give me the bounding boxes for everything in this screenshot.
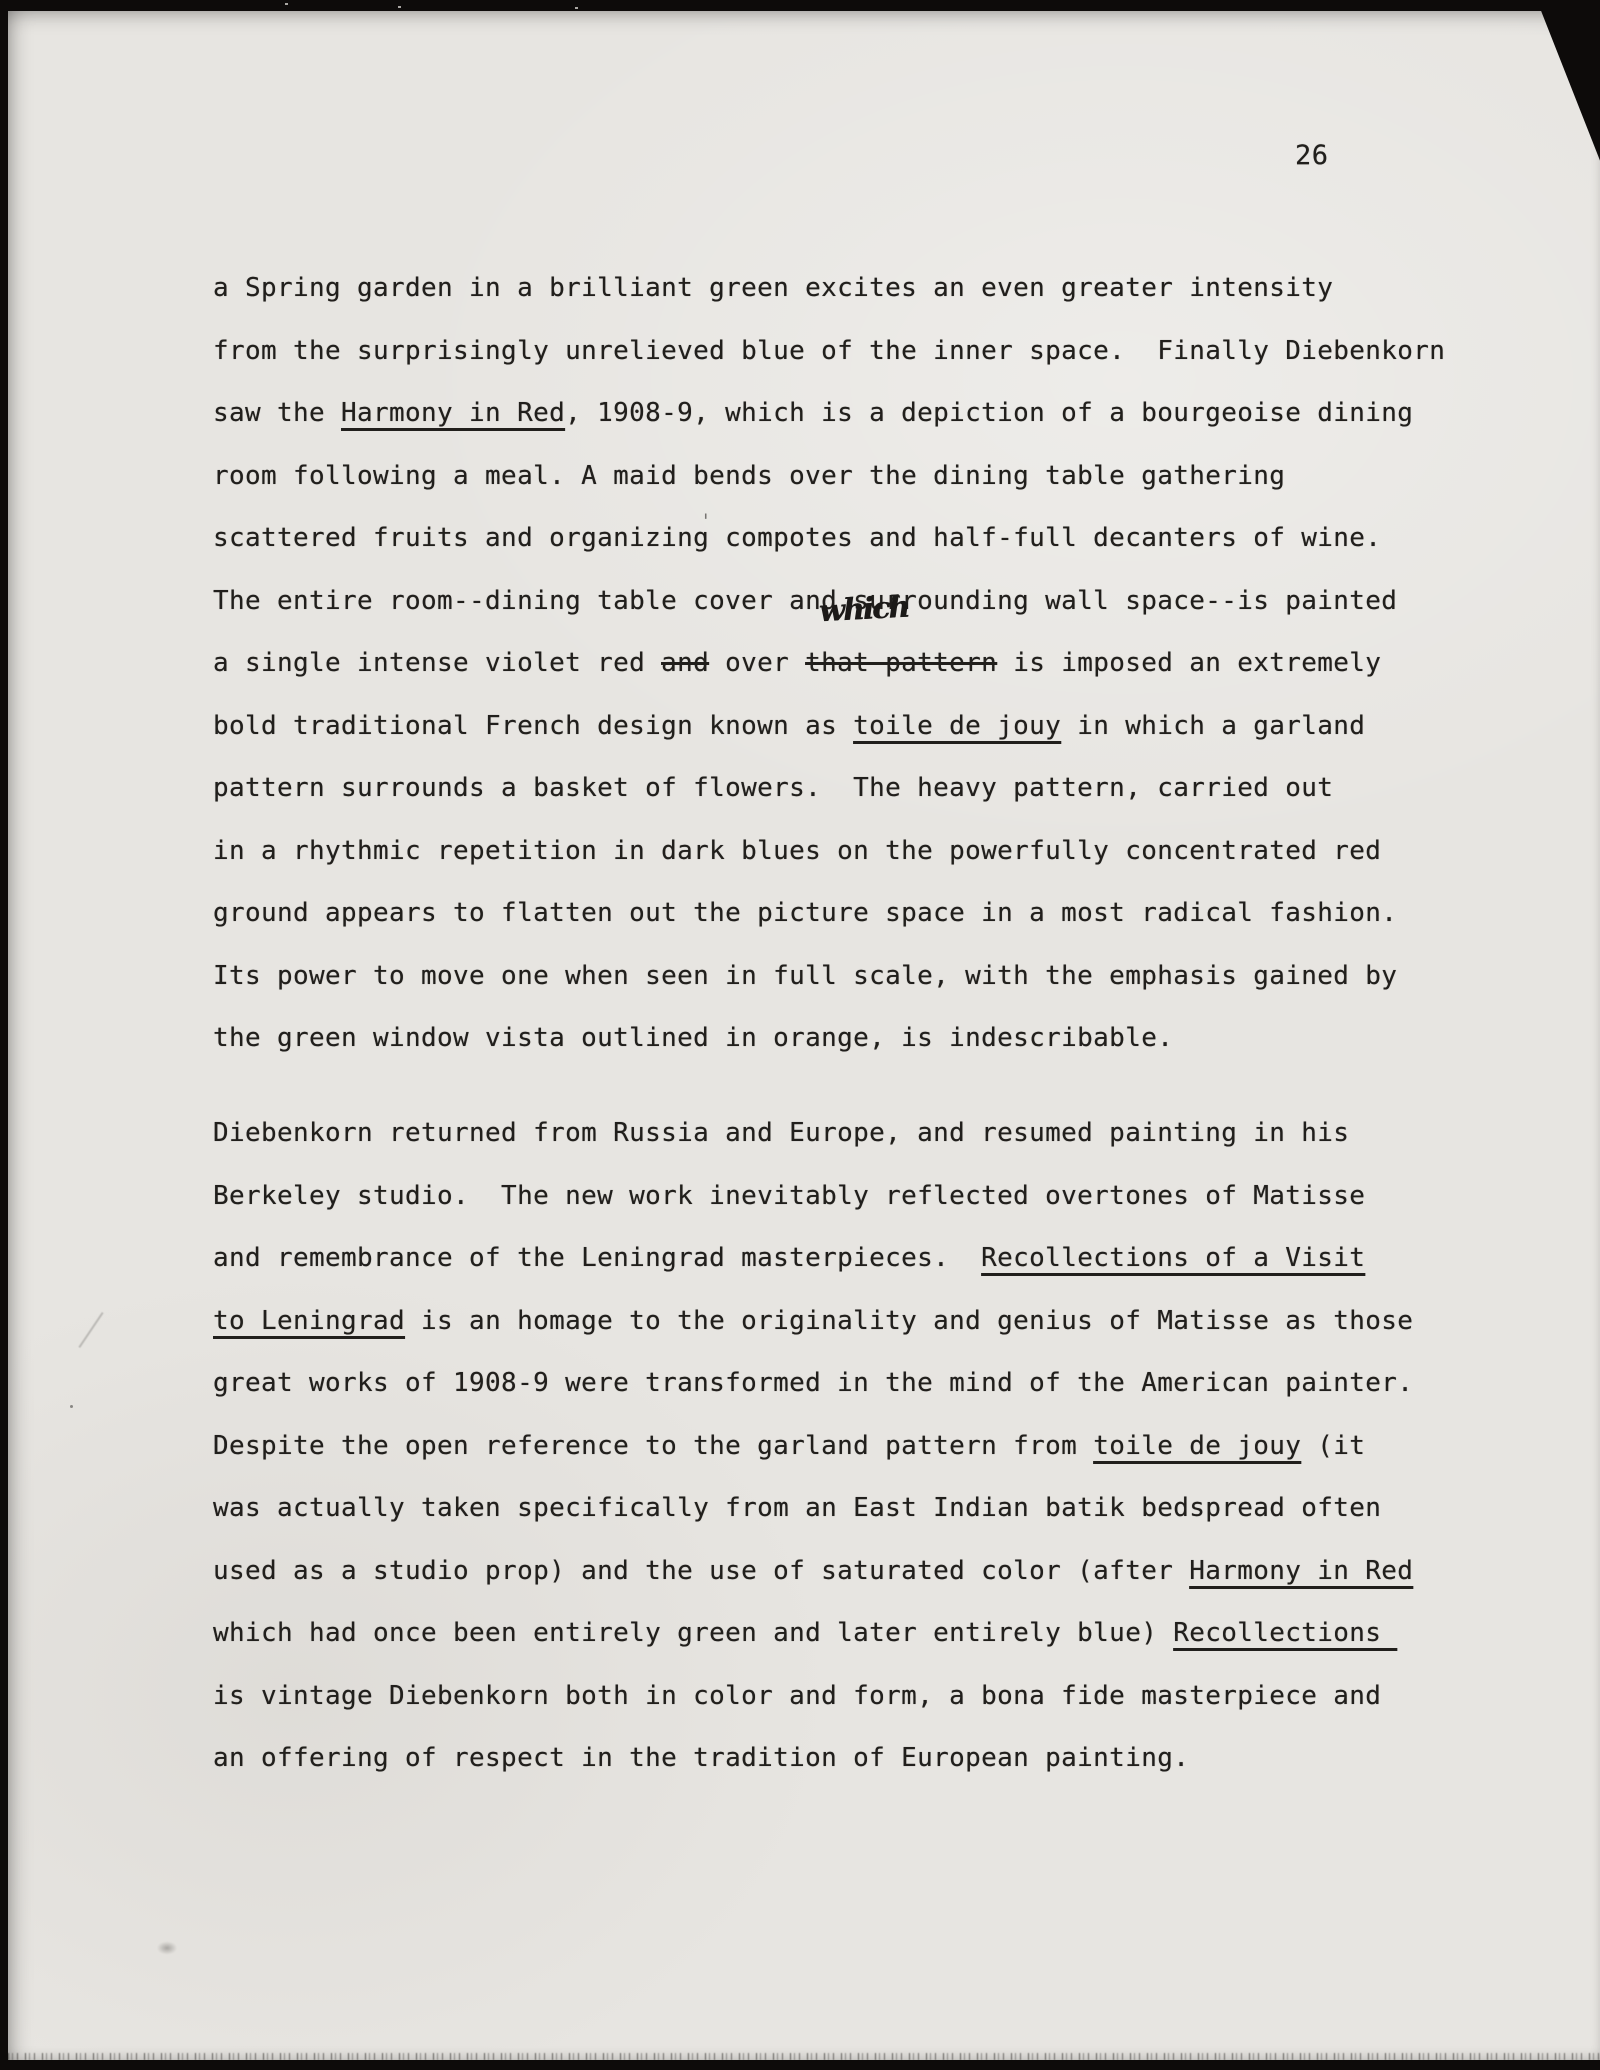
underlined-text: to Leningrad (213, 1306, 405, 1336)
typed-line: scattered fruits and organizing compotes… (213, 507, 1445, 570)
text-segment: over (709, 648, 805, 678)
typed-line: which had once been entirely green and l… (213, 1602, 1413, 1665)
typed-text: a Spring garden in a brilliant green exc… (8, 11, 1600, 2060)
text-segment: pattern surrounds a basket of flowers. T… (213, 773, 1333, 803)
text-segment: ground appears to flatten out the pictur… (213, 898, 1397, 928)
text-segment: Diebenkorn returned from Russia and Euro… (213, 1118, 1349, 1148)
scan-speck (575, 7, 578, 9)
typed-line: was actually taken specifically from an … (213, 1477, 1413, 1540)
underlined-text: Recollections of a Visit (981, 1243, 1365, 1273)
stray-ink-mark: ' (703, 509, 709, 533)
text-segment: the green window vista outlined in orang… (213, 1023, 1173, 1053)
text-segment: an offering of respect in the tradition … (213, 1743, 1189, 1773)
text-segment: Its power to move one when seen in full … (213, 961, 1397, 991)
typed-line: used as a studio prop) and the use of sa… (213, 1540, 1413, 1603)
text-segment: is an homage to the originality and geni… (405, 1306, 1413, 1336)
typed-line: in a rhythmic repetition in dark blues o… (213, 820, 1445, 883)
text-segment: a Spring garden in a brilliant green exc… (213, 273, 1333, 303)
typed-line: great works of 1908-9 were transformed i… (213, 1352, 1413, 1415)
scan-edge-noise (8, 2053, 1600, 2060)
document-page: 26 a Spring garden in a brilliant green … (8, 11, 1600, 2060)
text-segment: used as a studio prop) and the use of sa… (213, 1556, 1189, 1586)
typed-line: saw the Harmony in Red, 1908-9, which is… (213, 382, 1445, 445)
text-segment: Berkeley studio. The new work inevitably… (213, 1181, 1365, 1211)
underlined-text: toile de jouy (853, 711, 1061, 741)
typed-line: to Leningrad is an homage to the origina… (213, 1290, 1413, 1353)
text-segment: and remembrance of the Leningrad masterp… (213, 1243, 981, 1273)
text-segment: Despite the open reference to the garlan… (213, 1431, 1093, 1461)
text-segment: is vintage Diebenkorn both in color and … (213, 1681, 1381, 1711)
handwritten-annotation: which (818, 593, 909, 628)
scanned-document: 26 a Spring garden in a brilliant green … (0, 0, 1600, 2070)
typed-line: Its power to move one when seen in full … (213, 945, 1445, 1008)
text-segment: is imposed an extremely (997, 648, 1381, 678)
typed-line: a Spring garden in a brilliant green exc… (213, 257, 1445, 320)
text-segment: , 1908-9, which is a depiction of a bour… (565, 398, 1413, 428)
text-segment: saw the (213, 398, 341, 428)
typed-line: and remembrance of the Leningrad masterp… (213, 1227, 1413, 1290)
text-segment: bold traditional French design known as (213, 711, 853, 741)
text-segment: from the surprisingly unrelieved blue of… (213, 336, 1445, 366)
text-segment: was actually taken specifically from an … (213, 1493, 1381, 1523)
paragraph: a Spring garden in a brilliant green exc… (213, 257, 1445, 1070)
text-segment: scattered fruits and organizing compotes… (213, 523, 1381, 553)
typed-line: an offering of respect in the tradition … (213, 1727, 1413, 1790)
typed-line: room following a meal. A maid bends over… (213, 445, 1445, 508)
underlined-text: Recollections (1173, 1618, 1397, 1648)
annotated-text: that patternwhich (805, 632, 997, 695)
text-segment: great works of 1908-9 were transformed i… (213, 1368, 1413, 1398)
text-segment: (it (1301, 1431, 1365, 1461)
typed-line: a single intense violet red and over tha… (213, 632, 1445, 695)
underlined-text: toile de jouy (1093, 1431, 1301, 1461)
text-segment: The entire room--dining table cover and … (213, 586, 1397, 616)
text-segment: which had once been entirely green and l… (213, 1618, 1173, 1648)
underlined-text: Harmony in Red (341, 398, 565, 428)
typed-line: ground appears to flatten out the pictur… (213, 882, 1445, 945)
scan-speck (285, 3, 288, 5)
text-segment: a single intense violet red (213, 648, 661, 678)
typed-line: Diebenkorn returned from Russia and Euro… (213, 1102, 1413, 1165)
text-segment: room following a meal. A maid bends over… (213, 461, 1285, 491)
typed-line: from the surprisingly unrelieved blue of… (213, 320, 1445, 383)
underlined-text: Harmony in Red (1189, 1556, 1413, 1586)
smudge-mark (153, 1939, 181, 1957)
dot-mark (70, 1405, 73, 1408)
struck-text: and (661, 648, 709, 678)
typed-line: bold traditional French design known as … (213, 695, 1445, 758)
paragraph: Diebenkorn returned from Russia and Euro… (213, 1102, 1413, 1790)
text-segment: in a rhythmic repetition in dark blues o… (213, 836, 1381, 866)
typed-line: Despite the open reference to the garlan… (213, 1415, 1413, 1478)
struck-text: that pattern (805, 648, 997, 678)
typed-line: the green window vista outlined in orang… (213, 1007, 1445, 1070)
scan-speck (398, 6, 401, 8)
typed-line: is vintage Diebenkorn both in color and … (213, 1665, 1413, 1728)
typed-line: Berkeley studio. The new work inevitably… (213, 1165, 1413, 1228)
typed-line: pattern surrounds a basket of flowers. T… (213, 757, 1445, 820)
text-segment: in which a garland (1061, 711, 1365, 741)
